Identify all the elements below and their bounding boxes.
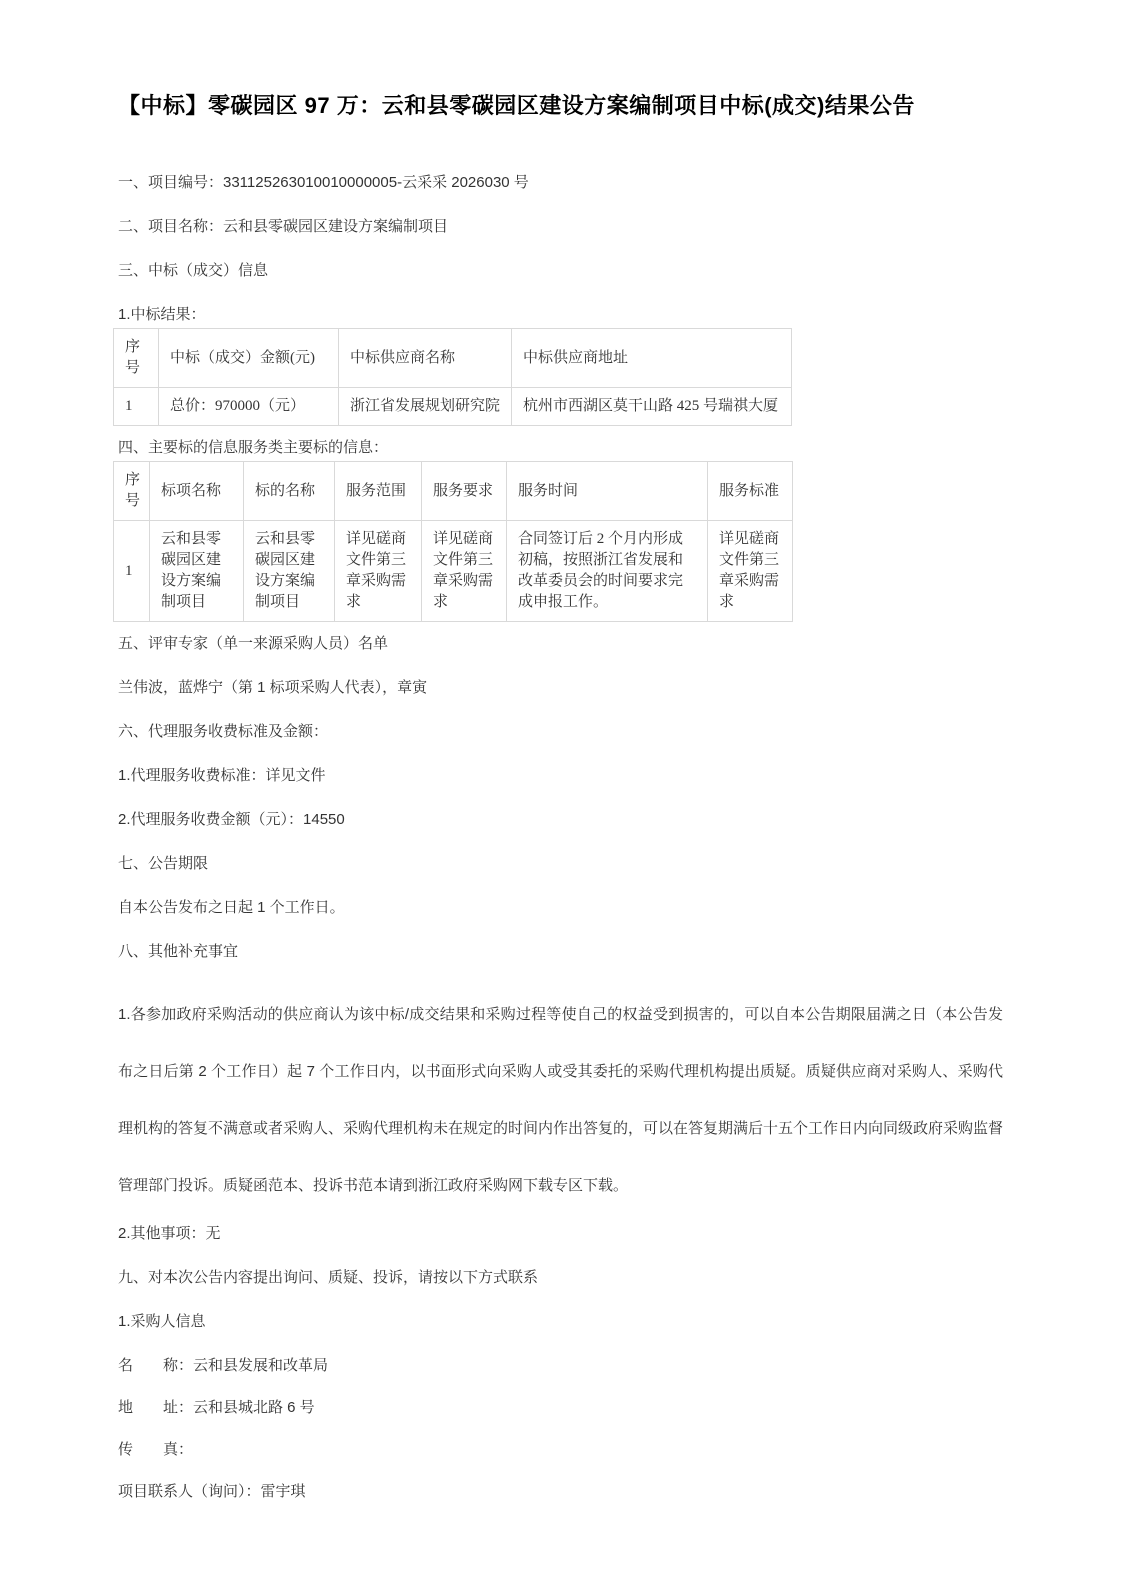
project-name-line: 二、项目名称：云和县零碳园区建设方案编制项目 (118, 217, 1003, 237)
purchaser-address-line: 地 址：云和县城北路 6 号 (118, 1398, 1003, 1418)
agency-fee-standard: 1.代理服务收费标准：详见文件 (118, 766, 1003, 786)
header-cell-service-scope: 服务范围 (335, 462, 422, 521)
header-cell-supplier-name: 中标供应商名称 (339, 329, 512, 388)
award-result-table: 序号 中标（成交）金额(元) 中标供应商名称 中标供应商地址 1 总价：9700… (113, 328, 792, 426)
agency-fee-amount: 2.代理服务收费金额（元）：14550 (118, 810, 1003, 830)
cell-supplier-address: 杭州市西湖区莫干山路 425 号瑞祺大厦 (512, 388, 792, 426)
cell-service-scope: 详见磋商文件第三章采购需求 (335, 521, 422, 622)
announcement-period-heading: 七、公告期限 (118, 854, 1003, 874)
header-cell-seq: 序号 (114, 462, 150, 521)
cell-supplier-name: 浙江省发展规划研究院 (339, 388, 512, 426)
agency-fee-heading: 六、代理服务收费标准及金额： (118, 722, 1003, 742)
header-cell-service-requirement: 服务要求 (422, 462, 507, 521)
project-contact-line: 项目联系人（询问）：雷宇琪 (118, 1482, 1003, 1502)
header-cell-seq: 序号 (114, 329, 159, 388)
experts-heading: 五、评审专家（单一来源采购人员）名单 (118, 634, 1003, 654)
header-cell-service-time: 服务时间 (507, 462, 708, 521)
contact-heading: 九、对本次公告内容提出询问、质疑、投诉，请按以下方式联系 (118, 1268, 1003, 1288)
table-header-row: 序号 标项名称 标的名称 服务范围 服务要求 服务时间 服务标准 (114, 462, 793, 521)
table-header-row: 序号 中标（成交）金额(元) 中标供应商名称 中标供应商地址 (114, 329, 792, 388)
purchaser-name-line: 名 称：云和县发展和改革局 (118, 1356, 1003, 1376)
header-cell-service-standard: 服务标准 (708, 462, 793, 521)
cell-service-requirement: 详见磋商文件第三章采购需求 (422, 521, 507, 622)
table-row: 1 总价：970000（元） 浙江省发展规划研究院 杭州市西湖区莫干山路 425… (114, 388, 792, 426)
header-cell-subject-name: 标的名称 (244, 462, 335, 521)
cell-amount: 总价：970000（元） (159, 388, 339, 426)
purchaser-fax-line: 传 真： (118, 1440, 1003, 1460)
header-cell-amount: 中标（成交）金额(元) (159, 329, 339, 388)
cell-seq: 1 (114, 521, 150, 622)
experts-names: 兰伟波，蓝烨宁（第 1 标项采购人代表），章寅 (118, 678, 1003, 698)
other-matters-paragraph: 1.各参加政府采购活动的供应商认为该中标/成交结果和采购过程等使自己的权益受到损… (118, 986, 1003, 1214)
main-bid-table: 序号 标项名称 标的名称 服务范围 服务要求 服务时间 服务标准 1 云和县零碳… (113, 461, 793, 622)
award-info-heading: 三、中标（成交）信息 (118, 261, 1003, 281)
other-items-line: 2.其他事项：无 (118, 1224, 1003, 1244)
header-cell-supplier-address: 中标供应商地址 (512, 329, 792, 388)
table-row: 1 云和县零碳园区建设方案编制项目 云和县零碳园区建设方案编制项目 详见磋商文件… (114, 521, 793, 622)
page-title: 【中标】零碳园区 97 万：云和县零碳园区建设方案编制项目中标(成交)结果公告 (118, 90, 1003, 121)
cell-item-name: 云和县零碳园区建设方案编制项目 (150, 521, 244, 622)
purchaser-info-label: 1.采购人信息 (118, 1312, 1003, 1332)
project-number-line: 一、项目编号：331125263010010000005-云采采 2026030… (118, 173, 1003, 193)
award-result-label: 1.中标结果： (118, 305, 1003, 325)
header-cell-item-name: 标项名称 (150, 462, 244, 521)
cell-service-standard: 详见磋商文件第三章采购需求 (708, 521, 793, 622)
cell-service-time: 合同签订后 2 个月内形成初稿，按照浙江省发展和改革委员会的时间要求完成申报工作… (507, 521, 708, 622)
main-bid-heading: 四、主要标的信息服务类主要标的信息： (118, 438, 1003, 458)
other-matters-heading: 八、其他补充事宜 (118, 942, 1003, 962)
announcement-period-text: 自本公告发布之日起 1 个工作日。 (118, 898, 1003, 918)
announcement-document: 【中标】零碳园区 97 万：云和县零碳园区建设方案编制项目中标(成交)结果公告 … (0, 0, 1122, 1587)
cell-seq: 1 (114, 388, 159, 426)
cell-subject-name: 云和县零碳园区建设方案编制项目 (244, 521, 335, 622)
